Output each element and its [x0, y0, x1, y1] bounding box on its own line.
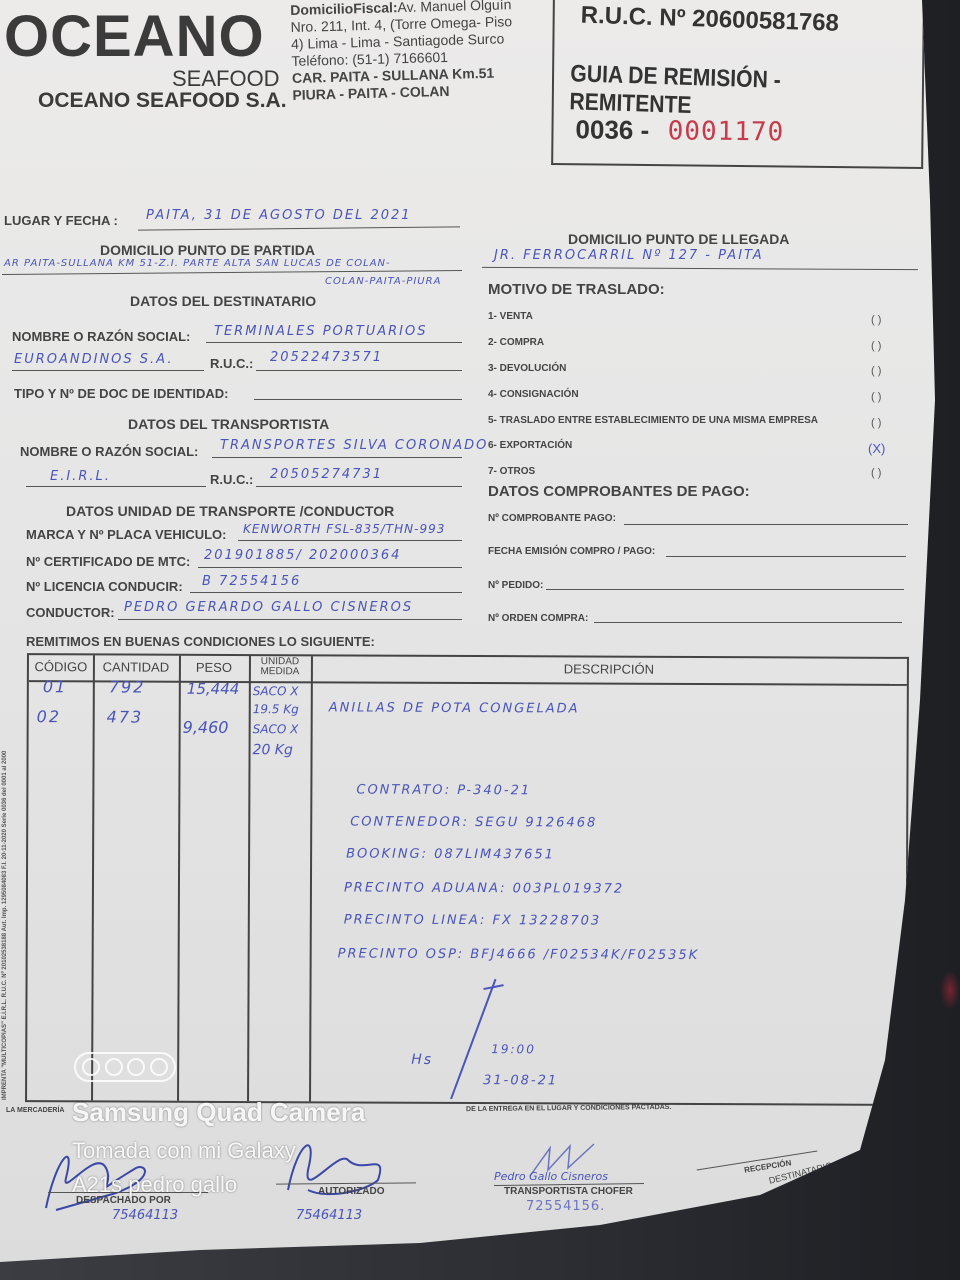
camera-lenses-icon: [74, 1052, 176, 1082]
motivo-checkbox-checked[interactable]: (X): [868, 441, 885, 456]
mtc-label: Nº CERTIFICADO DE MTC:: [26, 554, 190, 569]
row-unidad-2: 20 Kg: [253, 742, 293, 758]
transportista-chofer-id: 72554156.: [526, 1199, 605, 1214]
motivo-option-label: 7- OTROS: [488, 466, 535, 477]
detail-precinto-aduana: PRECINTO ADUANA: 003PL019372: [344, 880, 624, 896]
motivo-option-label: 1- VENTA: [488, 311, 533, 322]
row-unidad: SACO X: [253, 684, 299, 698]
mtc-line: [198, 567, 462, 568]
destinatario-heading: DATOS DEL DESTINATARIO: [130, 293, 316, 309]
transportista-ruc-label: R.U.C.:: [210, 472, 253, 487]
ruc-number: R.U.C. Nº 20600581768: [580, 2, 839, 38]
destinatario-ruc-line: [256, 370, 462, 371]
motivo-checkbox[interactable]: ( ): [871, 314, 881, 326]
motivo-option-label: 5- TRASLADO ENTRE ESTABLECIMIENTO DE UNA…: [488, 415, 818, 426]
row-cantidad: 473: [107, 707, 144, 726]
row-codigo: 01: [43, 677, 67, 696]
transportista-razon-line-2: [26, 486, 206, 487]
camera-watermark-line2: A21s pedro gallo: [72, 1172, 237, 1198]
pago-pedido-field[interactable]: [546, 589, 904, 590]
detail-precinto-linea: PRECINTO LINEA: FX 13228703: [344, 912, 601, 928]
transportista-heading: DATOS DEL TRANSPORTISTA: [128, 416, 329, 432]
annotation-prefix: Hs: [411, 1052, 433, 1068]
guia-remision-document: OCEANO SEAFOOD OCEANO SEAFOOD S.A. Domic…: [0, 0, 960, 1280]
col-peso: PESO: [179, 660, 249, 675]
transportista-signed-name: Pedro Gallo Cisneros: [494, 1170, 608, 1183]
pago-heading: DATOS COMPROBANTES DE PAGO:: [488, 483, 750, 500]
row-codigo: 02: [37, 707, 61, 726]
conformity-text-left: LA MERCADERÍA: [6, 1107, 64, 1114]
conductor-label: CONDUCTOR:: [26, 605, 115, 620]
pago-orden-label: Nº ORDEN COMPRA:: [488, 613, 588, 624]
destinatario-doc-line: [254, 399, 462, 400]
conductor-line: [118, 619, 462, 620]
partida-heading: DOMICILIO PUNTO DE PARTIDA: [100, 242, 315, 258]
col-unidad-medida: UNIDADMEDIDA: [249, 657, 311, 677]
partida-value-2: COLAN-PAITA-PIURA: [325, 276, 441, 287]
mtc-value: 201901885/ 202000364: [204, 548, 401, 563]
document-serial: 0036 - 0001170: [575, 114, 784, 147]
despachado-id: 75464113: [112, 1208, 178, 1223]
autorizado-label: AUTORIZADO: [318, 1186, 384, 1197]
licencia-line: [190, 592, 462, 593]
motivo-option-label: 6- EXPORTACIÓN: [488, 440, 572, 451]
company-name: OCEANO SEAFOOD S.A.: [38, 89, 287, 113]
destinatario-doc-label: TIPO Y Nº DE DOC DE IDENTIDAD:: [14, 386, 228, 401]
conductor-value: PEDRO GERARDO GALLO CISNEROS: [124, 600, 413, 615]
transportista-razon-line: [212, 457, 462, 458]
brand-logo: OCEANO: [4, 8, 265, 66]
marca-line: [238, 540, 462, 541]
camera-watermark-title: Samsung Quad Camera: [72, 1097, 365, 1128]
fiscal-address: DomicilioFiscal:Av. Manuel Olguín Nro. 2…: [290, 0, 543, 104]
destinatario-razon-value: TERMINALES PORTUARIOS: [214, 324, 428, 339]
destinatario-razon-value-2: EUROANDINOS S.A.: [14, 352, 173, 367]
col-descripcion: DESCRIPCIÓN: [311, 660, 907, 678]
col-codigo: CÓDIGO: [29, 659, 93, 674]
transportista-ruc-value: 20505274731: [270, 467, 383, 482]
marca-value: KENWORTH FSL-835/THN-993: [243, 522, 445, 536]
pago-comprobante-label: Nº COMPROBANTE PAGO:: [488, 513, 616, 524]
transportista-razon-value-2: E.I.R.L.: [50, 469, 111, 484]
lugar-fecha-label: LUGAR Y FECHA :: [4, 213, 118, 228]
motivo-checkbox[interactable]: ( ): [871, 417, 881, 429]
conformity-text-right: DE LA ENTREGA EN EL LUGAR Y CONDICIONES …: [466, 1104, 671, 1113]
destinatario-razon-label: NOMBRE O RAZÓN SOCIAL:: [12, 329, 190, 344]
pago-comprobante-field[interactable]: [624, 524, 908, 525]
llegada-heading: DOMICILIO PUNTO DE LLEGADA: [568, 231, 789, 247]
items-table-header: CÓDIGO CANTIDAD PESO UNIDADMEDIDA DESCRI…: [29, 655, 907, 686]
detail-precinto-osp: PRECINTO OSP: BFJ4666 /F02534K/F02535K: [338, 946, 700, 963]
llegada-value: JR. FERROCARRIL Nº 127 - PAITA: [494, 248, 764, 263]
destinatario-ruc-value: 20522473571: [270, 350, 383, 365]
row-cantidad: 792: [109, 677, 146, 696]
col-cantidad: CANTIDAD: [93, 659, 179, 674]
item-description: ANILLAS DE POTA CONGELADA: [329, 700, 580, 716]
pago-pedido-label: Nº PEDIDO:: [488, 580, 543, 591]
destinatario-razon-line-2: [12, 370, 204, 371]
motivo-heading: MOTIVO DE TRASLADO:: [488, 281, 665, 298]
items-table: CÓDIGO CANTIDAD PESO UNIDADMEDIDA DESCRI…: [25, 653, 909, 1106]
background-light: [940, 970, 960, 1010]
row-peso: 15,444: [187, 680, 240, 698]
row-unidad: SACO X: [253, 722, 299, 736]
row-peso: 9,460: [183, 718, 229, 737]
camera-watermark-line1: Tomada con mi Galaxy: [72, 1138, 296, 1164]
motivo-option-label: 2- COMPRA: [488, 337, 544, 348]
unidad-heading: DATOS UNIDAD DE TRANSPORTE /CONDUCTOR: [66, 503, 394, 519]
lugar-fecha-value: PAITA, 31 DE AGOSTO DEL 2021: [146, 208, 412, 223]
destinatario-ruc-label: R.U.C.:: [210, 356, 253, 371]
ruc-box: R.U.C. Nº 20600581768 GUIA DE REMISIÓN -…: [551, 0, 925, 169]
motivo-checkbox[interactable]: ( ): [871, 467, 881, 479]
pago-fecha-field[interactable]: [666, 556, 906, 557]
printer-note: IMPRENTA "MULTICOPIAS" E.I.R.L. R.U.C. N…: [2, 660, 8, 1100]
licencia-value: B 72554156: [202, 574, 301, 589]
pago-fecha-label: FECHA EMISIÓN COMPRO / PAGO:: [488, 546, 655, 557]
col-divider: [247, 656, 251, 1101]
annotation-slash: [447, 977, 508, 1102]
items-heading: REMITIMOS EN BUENAS CONDICIONES LO SIGUI…: [26, 634, 375, 649]
detail-contenedor: CONTENEDOR: SEGU 9126468: [350, 814, 597, 830]
pago-orden-field[interactable]: [594, 622, 902, 623]
col-divider: [309, 656, 313, 1101]
row-unidad-2: 19.5 Kg: [253, 702, 299, 716]
detail-booking: BOOKING: 087LIM437651: [346, 846, 555, 862]
licencia-label: Nº LICENCIA CONDUCIR:: [26, 579, 183, 594]
llegada-line: [482, 267, 918, 270]
motivo-checkbox[interactable]: ( ): [871, 391, 881, 403]
document-number: 0001170: [668, 116, 785, 147]
transportista-razon-value: TRANSPORTES SILVA CORONADO: [220, 438, 488, 453]
marca-label: MARCA Y Nº PLACA VEHICULO:: [26, 527, 226, 542]
motivo-option-label: 3- DEVOLUCIÓN: [488, 363, 566, 374]
lugar-fecha-line: [138, 226, 460, 230]
detail-contrato: CONTRATO: P-340-21: [356, 783, 531, 799]
transportista-ruc-line: [256, 486, 462, 487]
partida-value: AR PAITA-SULLANA KM 51-Z.I. PARTE ALTA S…: [4, 258, 391, 269]
destinatario-razon-line: [206, 342, 462, 343]
motivo-checkbox[interactable]: ( ): [871, 365, 881, 377]
autorizado-id: 75464113: [296, 1208, 362, 1223]
col-divider: [91, 655, 95, 1100]
transportista-razon-label: NOMBRE O RAZÓN SOCIAL:: [20, 444, 198, 459]
motivo-option-label: 4- CONSIGNACIÓN: [488, 389, 579, 400]
motivo-checkbox[interactable]: ( ): [871, 340, 881, 352]
partida-line: [2, 270, 462, 275]
transportista-chofer-label: TRANSPORTISTA CHOFER: [504, 1186, 633, 1197]
col-divider: [177, 656, 181, 1101]
